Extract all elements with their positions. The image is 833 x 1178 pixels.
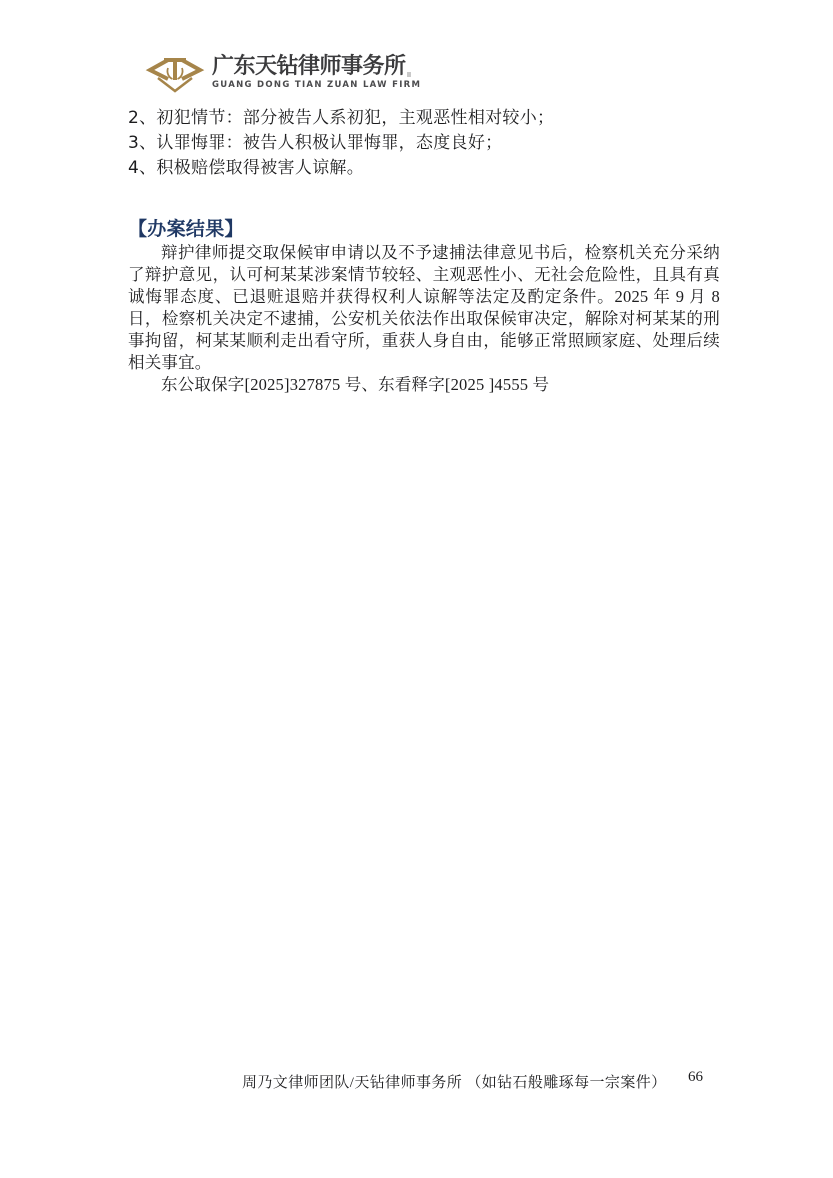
logo-name-chinese: 广东天钻律师事务所 xyxy=(212,54,421,79)
case-reference-numbers: 东公取保字[2025]327875 号、东看释字[2025 ]4555 号 xyxy=(128,374,720,396)
mitigating-factors-list: 2、初犯情节：部分被告人系初犯，主观恶性相对较小； 3、认罪悔罪：被告人积极认罪… xyxy=(128,106,720,181)
logo-name-english: GUANG DONG TIAN ZUAN LAW FIRM xyxy=(212,80,421,90)
list-item: 3、认罪悔罪：被告人积极认罪悔罪，态度良好； xyxy=(128,131,720,156)
stray-print-mark xyxy=(407,72,411,77)
logo-text-block: 广东天钻律师事务所 GUANG DONG TIAN ZUAN LAW FIRM xyxy=(212,54,421,90)
diamond-t-logo-icon xyxy=(145,54,205,94)
case-result-heading: 【办案结果】 xyxy=(128,218,720,240)
footer-text: 周乃文律师团队/天钻律师事务所 （如钻石般雕琢每一宗案件） xyxy=(242,1071,667,1092)
document-content: 2、初犯情节：部分被告人系初犯，主观恶性相对较小； 3、认罪悔罪：被告人积极认罪… xyxy=(128,106,720,396)
page-number: 66 xyxy=(688,1069,703,1086)
list-item: 4、积极赔偿取得被害人谅解。 xyxy=(128,156,720,181)
law-firm-logo: 广东天钻律师事务所 GUANG DONG TIAN ZUAN LAW FIRM xyxy=(145,54,421,94)
list-item: 2、初犯情节：部分被告人系初犯，主观恶性相对较小； xyxy=(128,106,720,131)
case-result-paragraph: 辩护律师提交取保候审申请以及不予逮捕法律意见书后，检察机关充分采纳了辩护意见，认… xyxy=(128,242,720,374)
document-page: 广东天钻律师事务所 GUANG DONG TIAN ZUAN LAW FIRM … xyxy=(0,0,833,1178)
